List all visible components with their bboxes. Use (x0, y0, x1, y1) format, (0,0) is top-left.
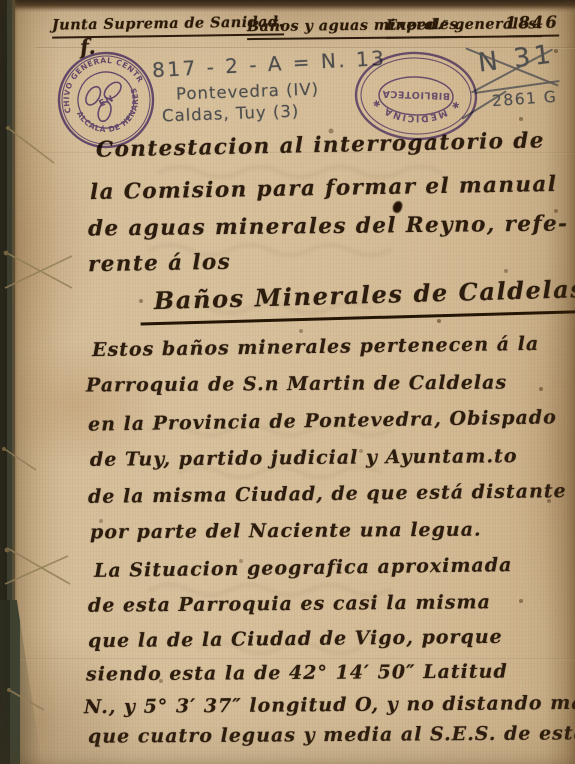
body-line: Estos baños minerales pertenecen á la (92, 333, 539, 361)
foxing-specks (0, 0, 2, 2)
intro-line: de aguas minerales del Reyno, refe- (88, 211, 569, 241)
manuscript-page: Junta Suprema de Sanidad. Baños y aguas … (0, 0, 575, 764)
ink-blot (392, 200, 404, 214)
section-title: Baños Minerales de Caldelas. (140, 273, 575, 325)
body-line: que cuatro leguas y media al S.E.S. de e… (88, 722, 575, 747)
body-line: Parroquia de S.n Martin de Caldelas (86, 372, 507, 397)
svg-text:✱ ALCALÁ DE HENARES ✱: ✱ ALCALÁ DE HENARES ✱ (40, 34, 151, 153)
body-line: de la misma Ciudad, de que está distante (88, 480, 567, 508)
pencil-province-note: Pontevedra (IV) (176, 80, 320, 104)
library-oval-stamp: ✱ MEDICINA ✱ BIBLIOTECA (350, 48, 481, 144)
body-line: en la Provincia de Pontevedra, Obispado (88, 406, 557, 435)
body-line: La Situacion geografica aproximada (94, 554, 513, 582)
pencil-place-note: Caldas, Tuy (3) (162, 102, 300, 126)
cover-corner (0, 600, 42, 764)
body-line: de Tuy, partido judicial y Ayuntam.to (90, 445, 518, 471)
body-line: N., y 5° 3′ 37″ longitud O, y no distand… (84, 692, 575, 718)
stamp-library-text: BIBLIOTECA (382, 88, 450, 101)
stamp-arc-bottom-text: ✱ ALCALÁ DE HENARES ✱ (40, 34, 151, 153)
body-line: que la de la Ciudad de Vigo, porque (88, 626, 503, 652)
body-line: siendo esta la de 42° 14′ 50″ Latitud (86, 661, 508, 686)
body-line: por parte del Naciente una legua. (90, 519, 482, 544)
book-top-edge (0, 0, 575, 12)
pencil-shelf-number: 2861 G (491, 88, 557, 111)
body-line: de esta Parroquia es casi la misma (88, 591, 491, 617)
intro-line: la Comision para formar el manual (90, 172, 558, 205)
header-year: 1846 (505, 13, 559, 38)
intro-line: rente á los (88, 250, 232, 277)
pencil-crossed-number: N 31 (476, 39, 556, 78)
